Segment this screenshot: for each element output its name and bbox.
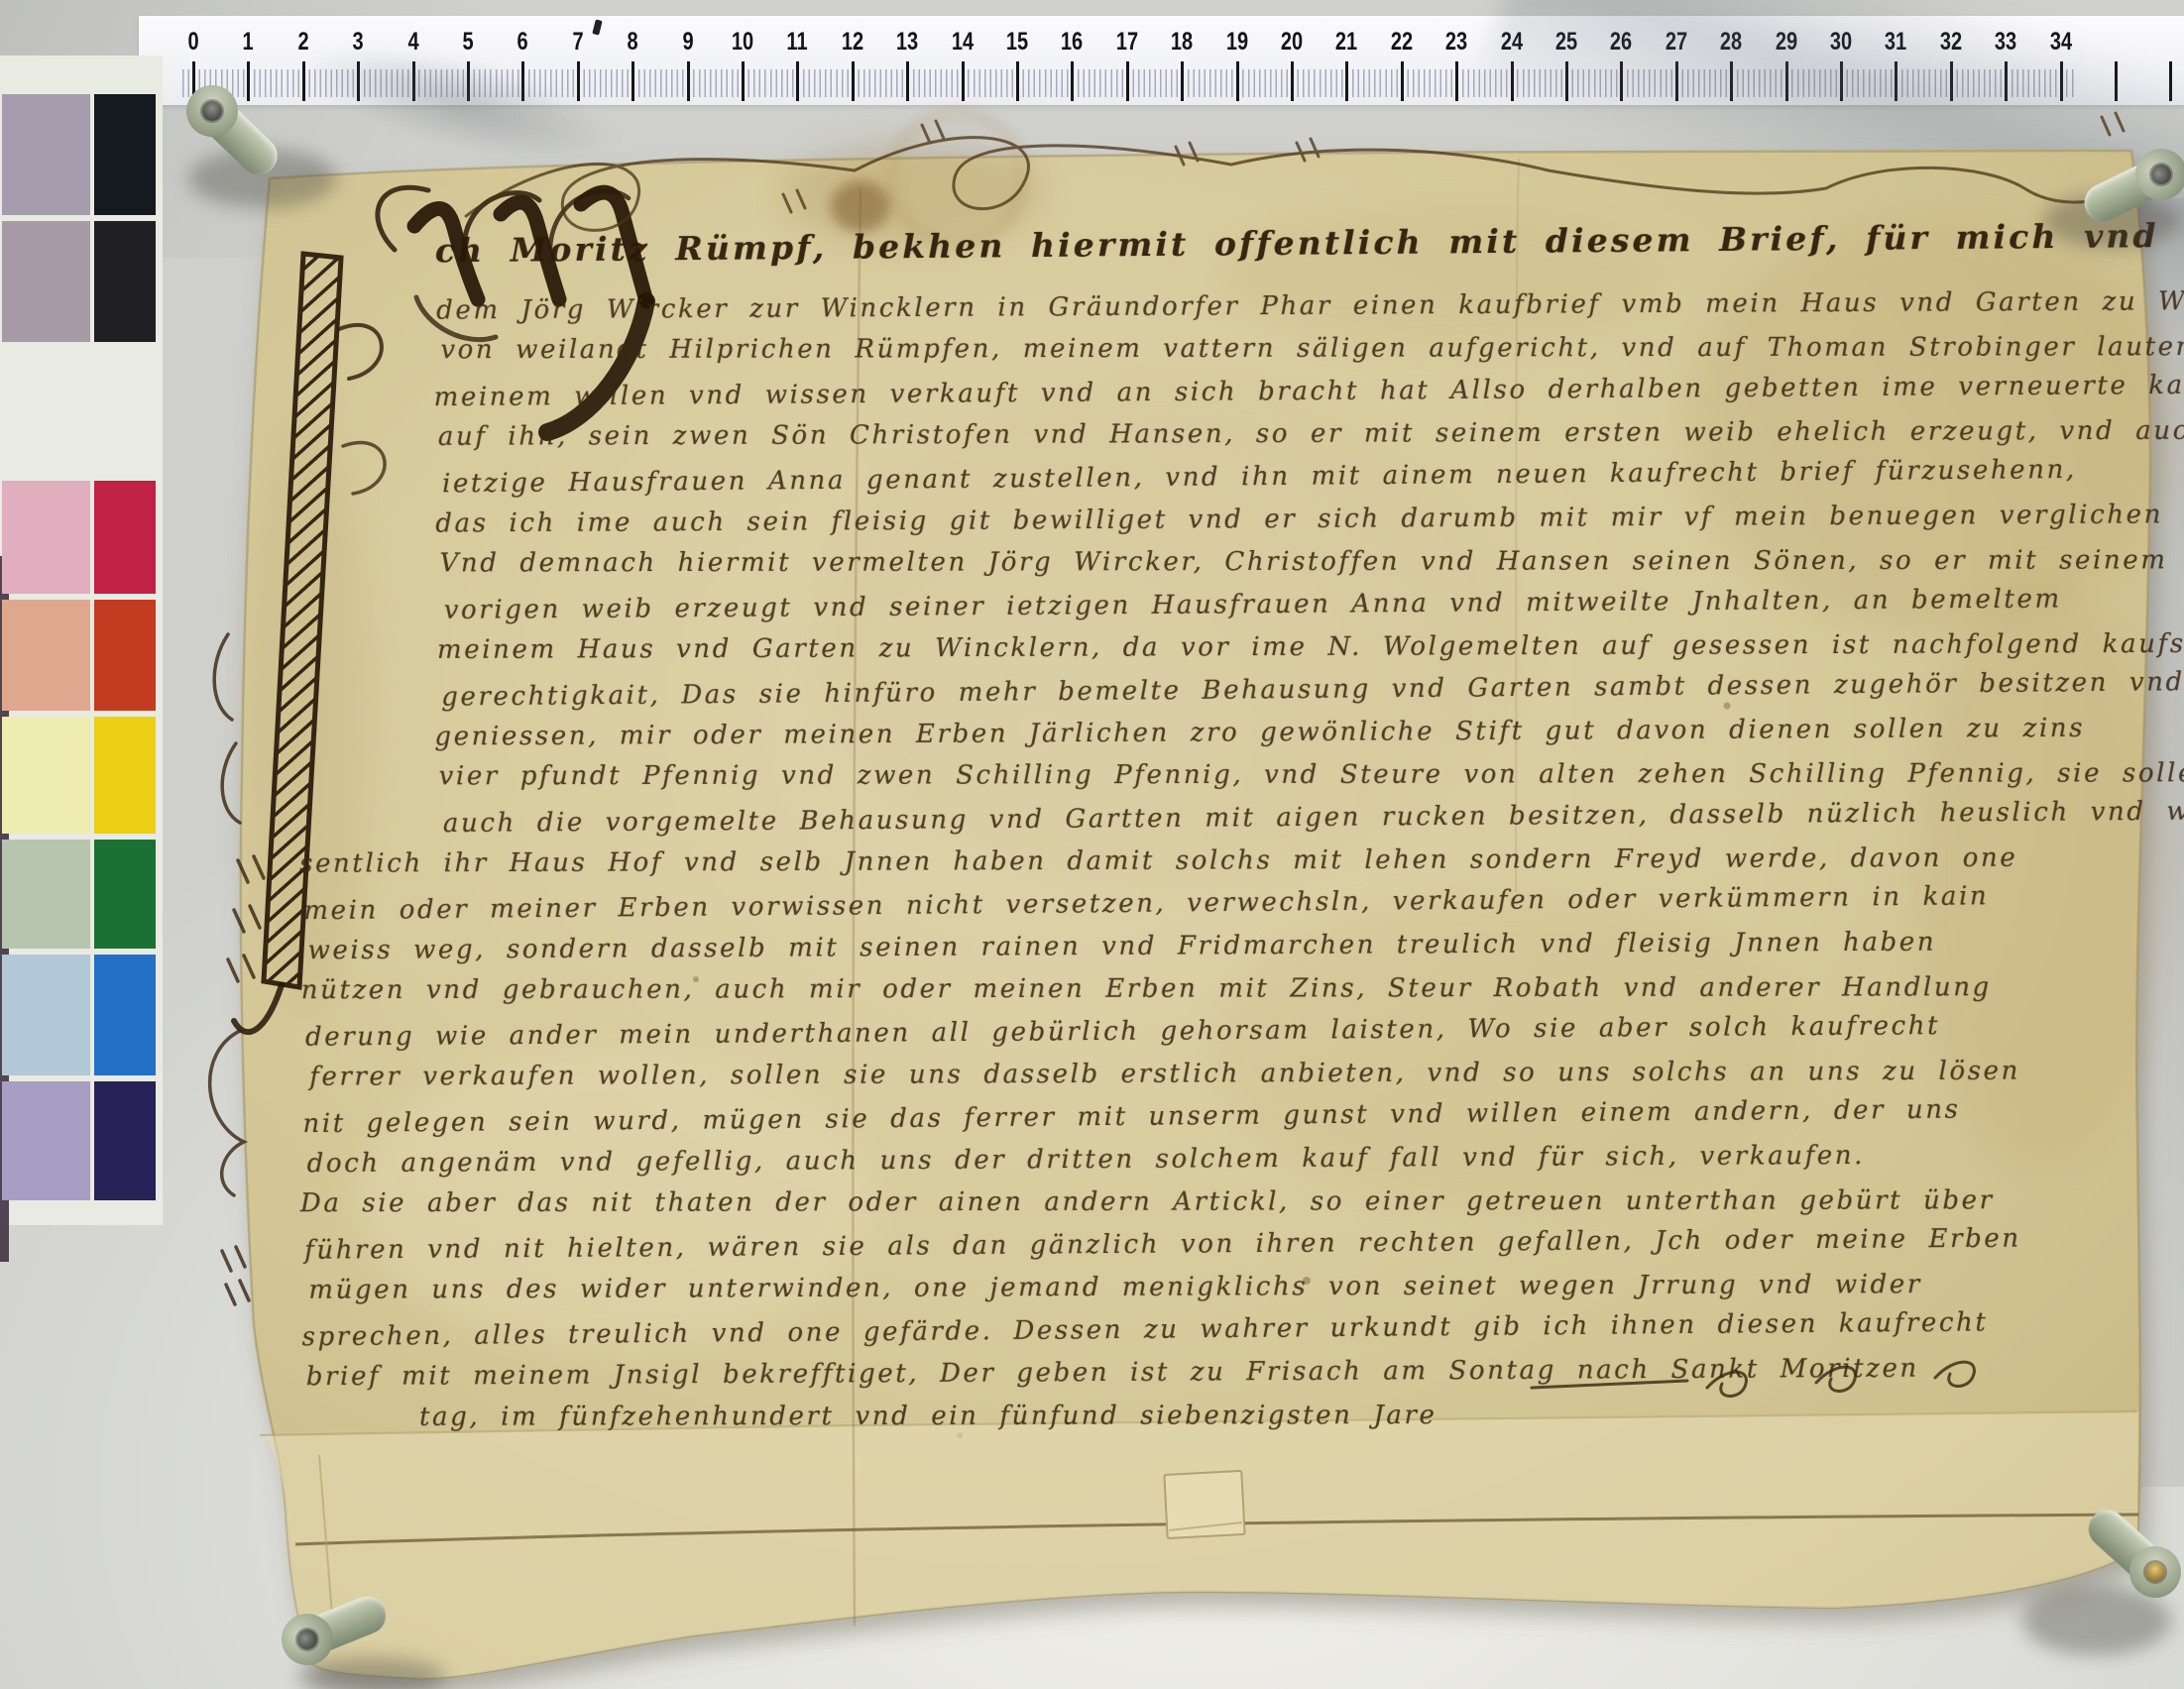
parchment-document (0, 0, 2184, 1689)
photo-backdrop: 0123456789101112131415161718192021222324… (0, 0, 2184, 1689)
parchment-sheet (241, 113, 2181, 1678)
plica-fold (264, 1411, 2138, 1678)
seal-tab (1164, 1471, 1244, 1538)
